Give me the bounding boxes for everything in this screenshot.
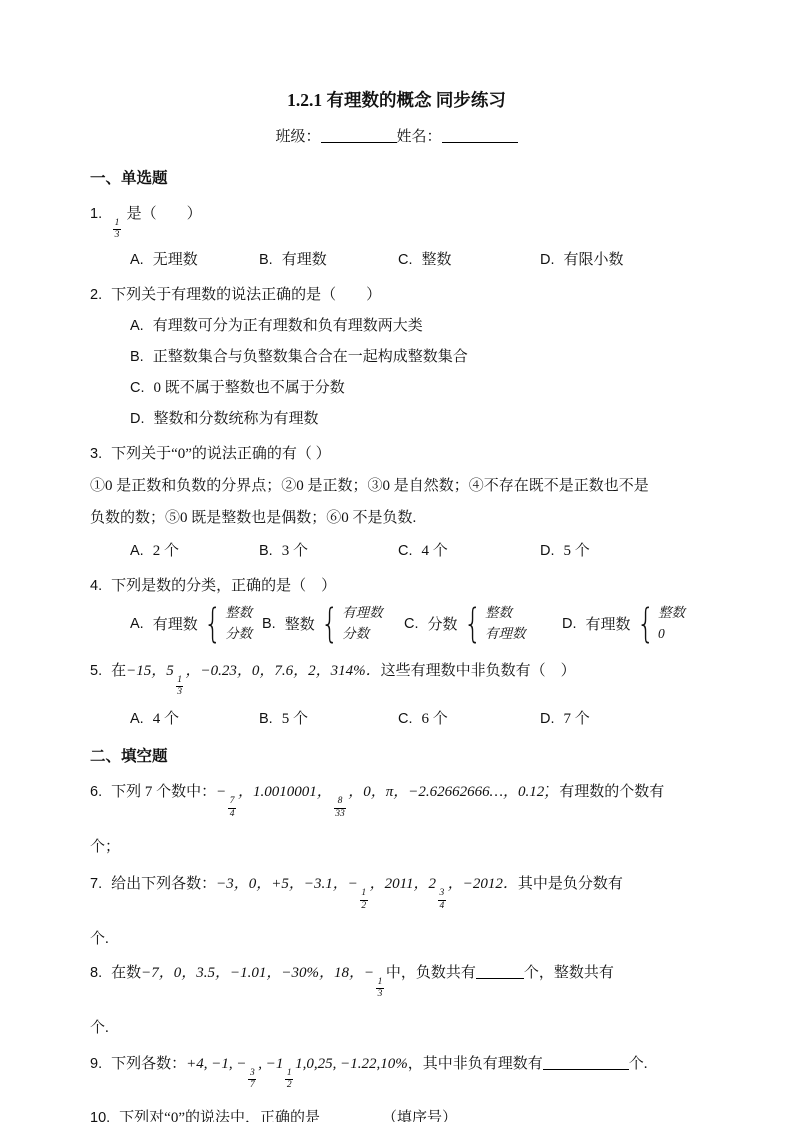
option-a: A.有理数{整数分数 xyxy=(130,603,262,645)
option-text: 4 个 xyxy=(422,543,448,559)
question-text: 下列对“0”的说法中，正确的是 xyxy=(119,1110,320,1122)
question-number: 4. xyxy=(90,578,102,594)
question-text: 下列关于有理数的说法正确的是（ ） xyxy=(111,287,381,303)
question-text: 个，整数共有 xyxy=(524,965,614,981)
question-text: 是（ ） xyxy=(127,206,202,222)
question-3-body-line-1: ①0 是正数和负数的分界点；②0 是正数；③0 是自然数；④不存在既不是正数也不… xyxy=(90,475,703,497)
question-text: 有理数的个数有 xyxy=(559,784,664,800)
math-run: −7，0，3.5，−1.01，−30%，18，− xyxy=(141,965,374,981)
classification-top: 整数 xyxy=(225,603,252,624)
question-number: 6. xyxy=(90,784,102,800)
question-9: 9.下列各数：+4, −1, −37, −1121,0,25, −1.22,10… xyxy=(90,1053,703,1092)
fraction: 12 xyxy=(360,888,368,912)
math-run: ，2011，2 xyxy=(370,876,436,892)
option-label: A. xyxy=(130,543,144,559)
option-c: C.6 个 xyxy=(398,708,540,730)
fraction-numerator: 3 xyxy=(440,888,445,899)
option-text: 5 个 xyxy=(564,543,590,559)
fraction: 34 xyxy=(438,888,446,912)
classification-term: 有理数 xyxy=(153,613,198,634)
fraction-denominator: 3 xyxy=(176,686,184,698)
blank-line xyxy=(543,1054,629,1070)
classification-bottom: 0 xyxy=(658,624,685,645)
fraction-denominator: 7 xyxy=(248,1079,256,1091)
math-run: −15，5 xyxy=(126,663,174,679)
fraction-numerator: 1 xyxy=(115,218,120,229)
option-text: 整数和分数统称为有理数 xyxy=(154,411,319,427)
question-number: 3. xyxy=(90,446,102,462)
option-d: D.有理数{整数0 xyxy=(562,603,703,645)
option-text: 6 个 xyxy=(422,711,448,727)
option-label: D. xyxy=(540,252,555,268)
option-b: B.3 个 xyxy=(259,540,398,562)
fraction: 13 xyxy=(376,977,384,1001)
math-run: +4, −1, − xyxy=(186,1056,246,1072)
option-text: 2 个 xyxy=(153,543,179,559)
option-b: B.正整数集合与负整数集合合在一起构成整数集合 xyxy=(90,346,703,368)
question-text: 在 xyxy=(111,663,126,679)
fraction-denominator: 4 xyxy=(438,900,446,912)
fraction-denominator: 2 xyxy=(360,900,368,912)
question-7-tail: 个. xyxy=(90,928,703,950)
fraction: 12 xyxy=(285,1068,293,1092)
question-text: 中，负数共有 xyxy=(386,965,476,981)
option-text: 3 个 xyxy=(282,543,308,559)
option-text: 整数 xyxy=(422,252,452,268)
option-text: 7 个 xyxy=(564,711,590,727)
fraction: 833 xyxy=(334,796,347,820)
name-blank-line xyxy=(442,127,518,143)
fraction: 37 xyxy=(248,1068,256,1092)
fraction-denominator: 3 xyxy=(376,988,384,1000)
question-text: 下列各数： xyxy=(111,1056,186,1072)
question-3-body-line-2: 负数的数；⑤0 既是整数也是偶数；⑥0 不是负数. xyxy=(90,507,703,529)
question-2-options: A.有理数可分为正有理数和负有理数两大类 B.正整数集合与负整数集合合在一起构成… xyxy=(90,315,703,430)
question-5: 5.在−15，513，−0.23，0，7.6，2，314%．这些有理数中非负数有… xyxy=(90,660,703,699)
question-8: 8.在数−7，0，3.5，−1.01，−30%，18，−13中，负数共有个，整数… xyxy=(90,962,703,1001)
question-text: （填序号） xyxy=(382,1110,457,1122)
question-number: 5. xyxy=(90,663,102,679)
question-4-options: A.有理数{整数分数 B.整数{有理数分数 C.分数{整数有理数 D.有理数{整… xyxy=(90,603,703,645)
option-label: B. xyxy=(130,349,144,365)
fraction: 13 xyxy=(176,675,184,699)
blank-line xyxy=(476,963,524,979)
option-label: D. xyxy=(562,616,577,632)
question-10: 10.下列对“0”的说法中，正确的是（填序号） xyxy=(90,1107,703,1122)
page-title: 1.2.1 有理数的概念 同步练习 xyxy=(90,88,703,112)
question-text: 在数 xyxy=(111,965,141,981)
option-b: B.有理数 xyxy=(259,249,398,271)
question-text: 给出下列各数： xyxy=(111,876,216,892)
fraction-numerator: 8 xyxy=(338,796,343,807)
option-a: A.2 个 xyxy=(130,540,259,562)
math-run: ，−2012． xyxy=(448,876,518,892)
section-heading-fill-blank: 二、填空题 xyxy=(90,746,703,768)
math-run: ，0，π，−2.62662666…，0.12̇， xyxy=(348,784,559,800)
question-4: 4.下列是数的分类，正确的是（ ） xyxy=(90,575,703,597)
classification-bottom: 有理数 xyxy=(485,624,526,645)
question-3: 3.下列关于“0”的说法正确的有（ ） xyxy=(90,443,703,465)
classification-items: 整数0 xyxy=(658,603,685,645)
option-c: C.0 既不属于整数也不属于分数 xyxy=(90,377,703,399)
classification-bottom: 分数 xyxy=(342,624,383,645)
option-text: 5 个 xyxy=(282,711,308,727)
option-label: A. xyxy=(130,616,144,632)
fraction-denominator: 2 xyxy=(285,1079,293,1091)
question-8-tail: 个. xyxy=(90,1017,703,1039)
option-label: B. xyxy=(259,543,273,559)
option-label: B. xyxy=(259,252,273,268)
question-number: 10. xyxy=(90,1110,110,1122)
option-c: C.整数 xyxy=(398,249,540,271)
option-a: A.无理数 xyxy=(130,249,259,271)
math-run: 1,0,25, −1.22,10% xyxy=(295,1056,408,1072)
fraction-numerator: 1 xyxy=(378,977,383,988)
question-number: 2. xyxy=(90,287,102,303)
classification-bottom: 分数 xyxy=(225,624,252,645)
left-brace-icon: { xyxy=(204,604,222,644)
question-text: 下列 7 个数中： xyxy=(111,784,216,800)
question-text: 下列关于“0”的说法正确的有（ ） xyxy=(111,446,331,462)
option-label: B. xyxy=(262,616,276,632)
fraction: 13 xyxy=(113,218,121,242)
classification-items: 有理数分数 xyxy=(342,603,383,645)
classification-term: 整数 xyxy=(285,613,315,634)
classification-top: 整数 xyxy=(658,603,685,624)
math-run: ，1.0010001， xyxy=(238,784,332,800)
question-number: 1. xyxy=(90,206,102,222)
option-label: D. xyxy=(540,543,555,559)
option-label: D. xyxy=(540,711,555,727)
fraction-numerator: 3 xyxy=(250,1068,255,1079)
option-text: 无理数 xyxy=(153,252,198,268)
option-label: D. xyxy=(130,411,145,427)
fraction-numerator: 1 xyxy=(361,888,366,899)
option-text: 有理数 xyxy=(282,252,327,268)
class-name-row: 班级：姓名： xyxy=(90,126,703,148)
question-7: 7.给出下列各数：−3，0，+5，−3.1，−12，2011，234，−2012… xyxy=(90,873,703,912)
question-number: 9. xyxy=(90,1056,102,1072)
math-run: −3，0，+5，−3.1，− xyxy=(216,876,358,892)
fraction-denominator: 33 xyxy=(334,808,347,820)
question-number: 7. xyxy=(90,876,102,892)
question-6: 6.下列 7 个数中：−74，1.0010001，833，0，π，−2.6266… xyxy=(90,781,703,820)
section-heading-single-choice: 一、单选题 xyxy=(90,168,703,190)
option-a: A.有理数可分为正有理数和负有理数两大类 xyxy=(90,315,703,337)
left-brace-icon: { xyxy=(463,604,481,644)
left-brace-icon: { xyxy=(321,604,339,644)
classification-items: 整数有理数 xyxy=(485,603,526,645)
option-c: C.分数{整数有理数 xyxy=(404,603,562,645)
worksheet-page: 1.2.1 有理数的概念 同步练习 班级：姓名： 一、单选题 1.13 是（ ）… xyxy=(0,0,793,1122)
option-label: C. xyxy=(130,380,145,396)
option-d: D.5 个 xyxy=(540,540,703,562)
name-label: 姓名： xyxy=(397,129,442,145)
classification-items: 整数分数 xyxy=(225,603,252,645)
option-label: A. xyxy=(130,711,144,727)
question-text: 这些有理数中非负数有（ ） xyxy=(381,663,576,679)
fraction-numerator: 7 xyxy=(230,796,235,807)
fraction-numerator: 1 xyxy=(177,675,182,686)
classification-term: 有理数 xyxy=(586,613,631,634)
classification-top: 有理数 xyxy=(342,603,383,624)
class-label: 班级： xyxy=(275,129,320,145)
option-b: B.5 个 xyxy=(259,708,398,730)
option-b: B.整数{有理数分数 xyxy=(262,603,404,645)
option-d: D.7 个 xyxy=(540,708,703,730)
question-text: 个. xyxy=(629,1056,648,1072)
option-d: D.有限小数 xyxy=(540,249,703,271)
question-3-options: A.2 个 B.3 个 C.4 个 D.5 个 xyxy=(90,540,703,562)
option-c: C.4 个 xyxy=(398,540,540,562)
option-label: C. xyxy=(398,252,413,268)
classification-top: 整数 xyxy=(485,603,526,624)
question-2: 2.下列关于有理数的说法正确的是（ ） xyxy=(90,284,703,306)
math-run: , −1 xyxy=(258,1056,283,1072)
option-text: 4 个 xyxy=(153,711,179,727)
math-run: ，−0.23，0，7.6，2，314%． xyxy=(185,663,380,679)
question-text: 下列是数的分类，正确的是（ ） xyxy=(111,578,336,594)
fraction-denominator: 4 xyxy=(228,808,236,820)
option-text: 正整数集合与负整数集合合在一起构成整数集合 xyxy=(153,349,468,365)
math-run: − xyxy=(216,784,226,800)
option-label: C. xyxy=(404,616,419,632)
class-blank-line xyxy=(321,127,397,143)
question-1: 1.13 是（ ） xyxy=(90,203,703,242)
option-label: A. xyxy=(130,318,144,334)
option-label: C. xyxy=(398,543,413,559)
option-d: D.整数和分数统称为有理数 xyxy=(90,408,703,430)
question-6-tail: 个； xyxy=(90,836,703,858)
question-text: ，其中非负有理数有 xyxy=(408,1056,543,1072)
option-label: A. xyxy=(130,252,144,268)
question-number: 8. xyxy=(90,965,102,981)
option-label: C. xyxy=(398,711,413,727)
option-text: 0 既不属于整数也不属于分数 xyxy=(154,380,345,396)
option-text: 有理数可分为正有理数和负有理数两大类 xyxy=(153,318,423,334)
blank-line xyxy=(320,1108,382,1122)
question-5-options: A.4 个 B.5 个 C.6 个 D.7 个 xyxy=(90,708,703,730)
fraction: 74 xyxy=(228,796,236,820)
question-text: 其中是负分数有 xyxy=(518,876,623,892)
classification-term: 分数 xyxy=(428,613,458,634)
question-1-options: A.无理数 B.有理数 C.整数 D.有限小数 xyxy=(90,249,703,271)
fraction-numerator: 1 xyxy=(287,1068,292,1079)
option-text: 有限小数 xyxy=(564,252,624,268)
option-a: A.4 个 xyxy=(130,708,259,730)
fraction-denominator: 3 xyxy=(113,229,121,241)
left-brace-icon: { xyxy=(636,604,654,644)
option-label: B. xyxy=(259,711,273,727)
